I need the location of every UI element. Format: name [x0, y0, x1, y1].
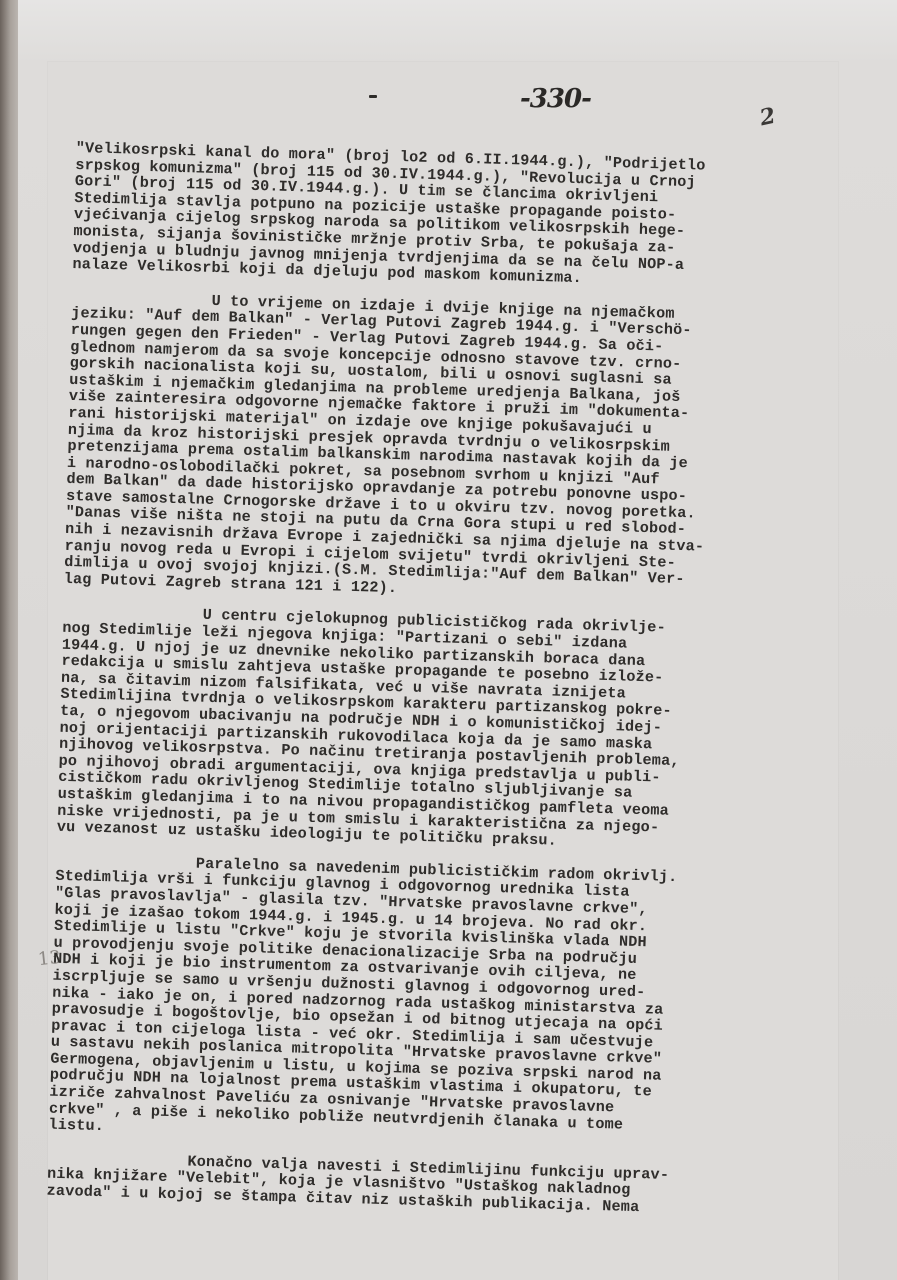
paragraph: U to vrijeme on izdaje i dvije knjige na…: [64, 289, 842, 609]
typewritten-body: "Velikosrpski kanal do mora" (broj lo2 o…: [46, 140, 845, 1221]
page-number: -330-: [520, 84, 591, 114]
paragraph: "Velikosrpski kanal do mora" (broj lo2 o…: [72, 140, 845, 294]
header-dash-mark: [369, 95, 377, 98]
paragraph: U centru cjelokupnog publicističkog rada…: [57, 603, 833, 857]
paragraph: Paralelno sa navedenim publicističkim ra…: [48, 851, 826, 1154]
